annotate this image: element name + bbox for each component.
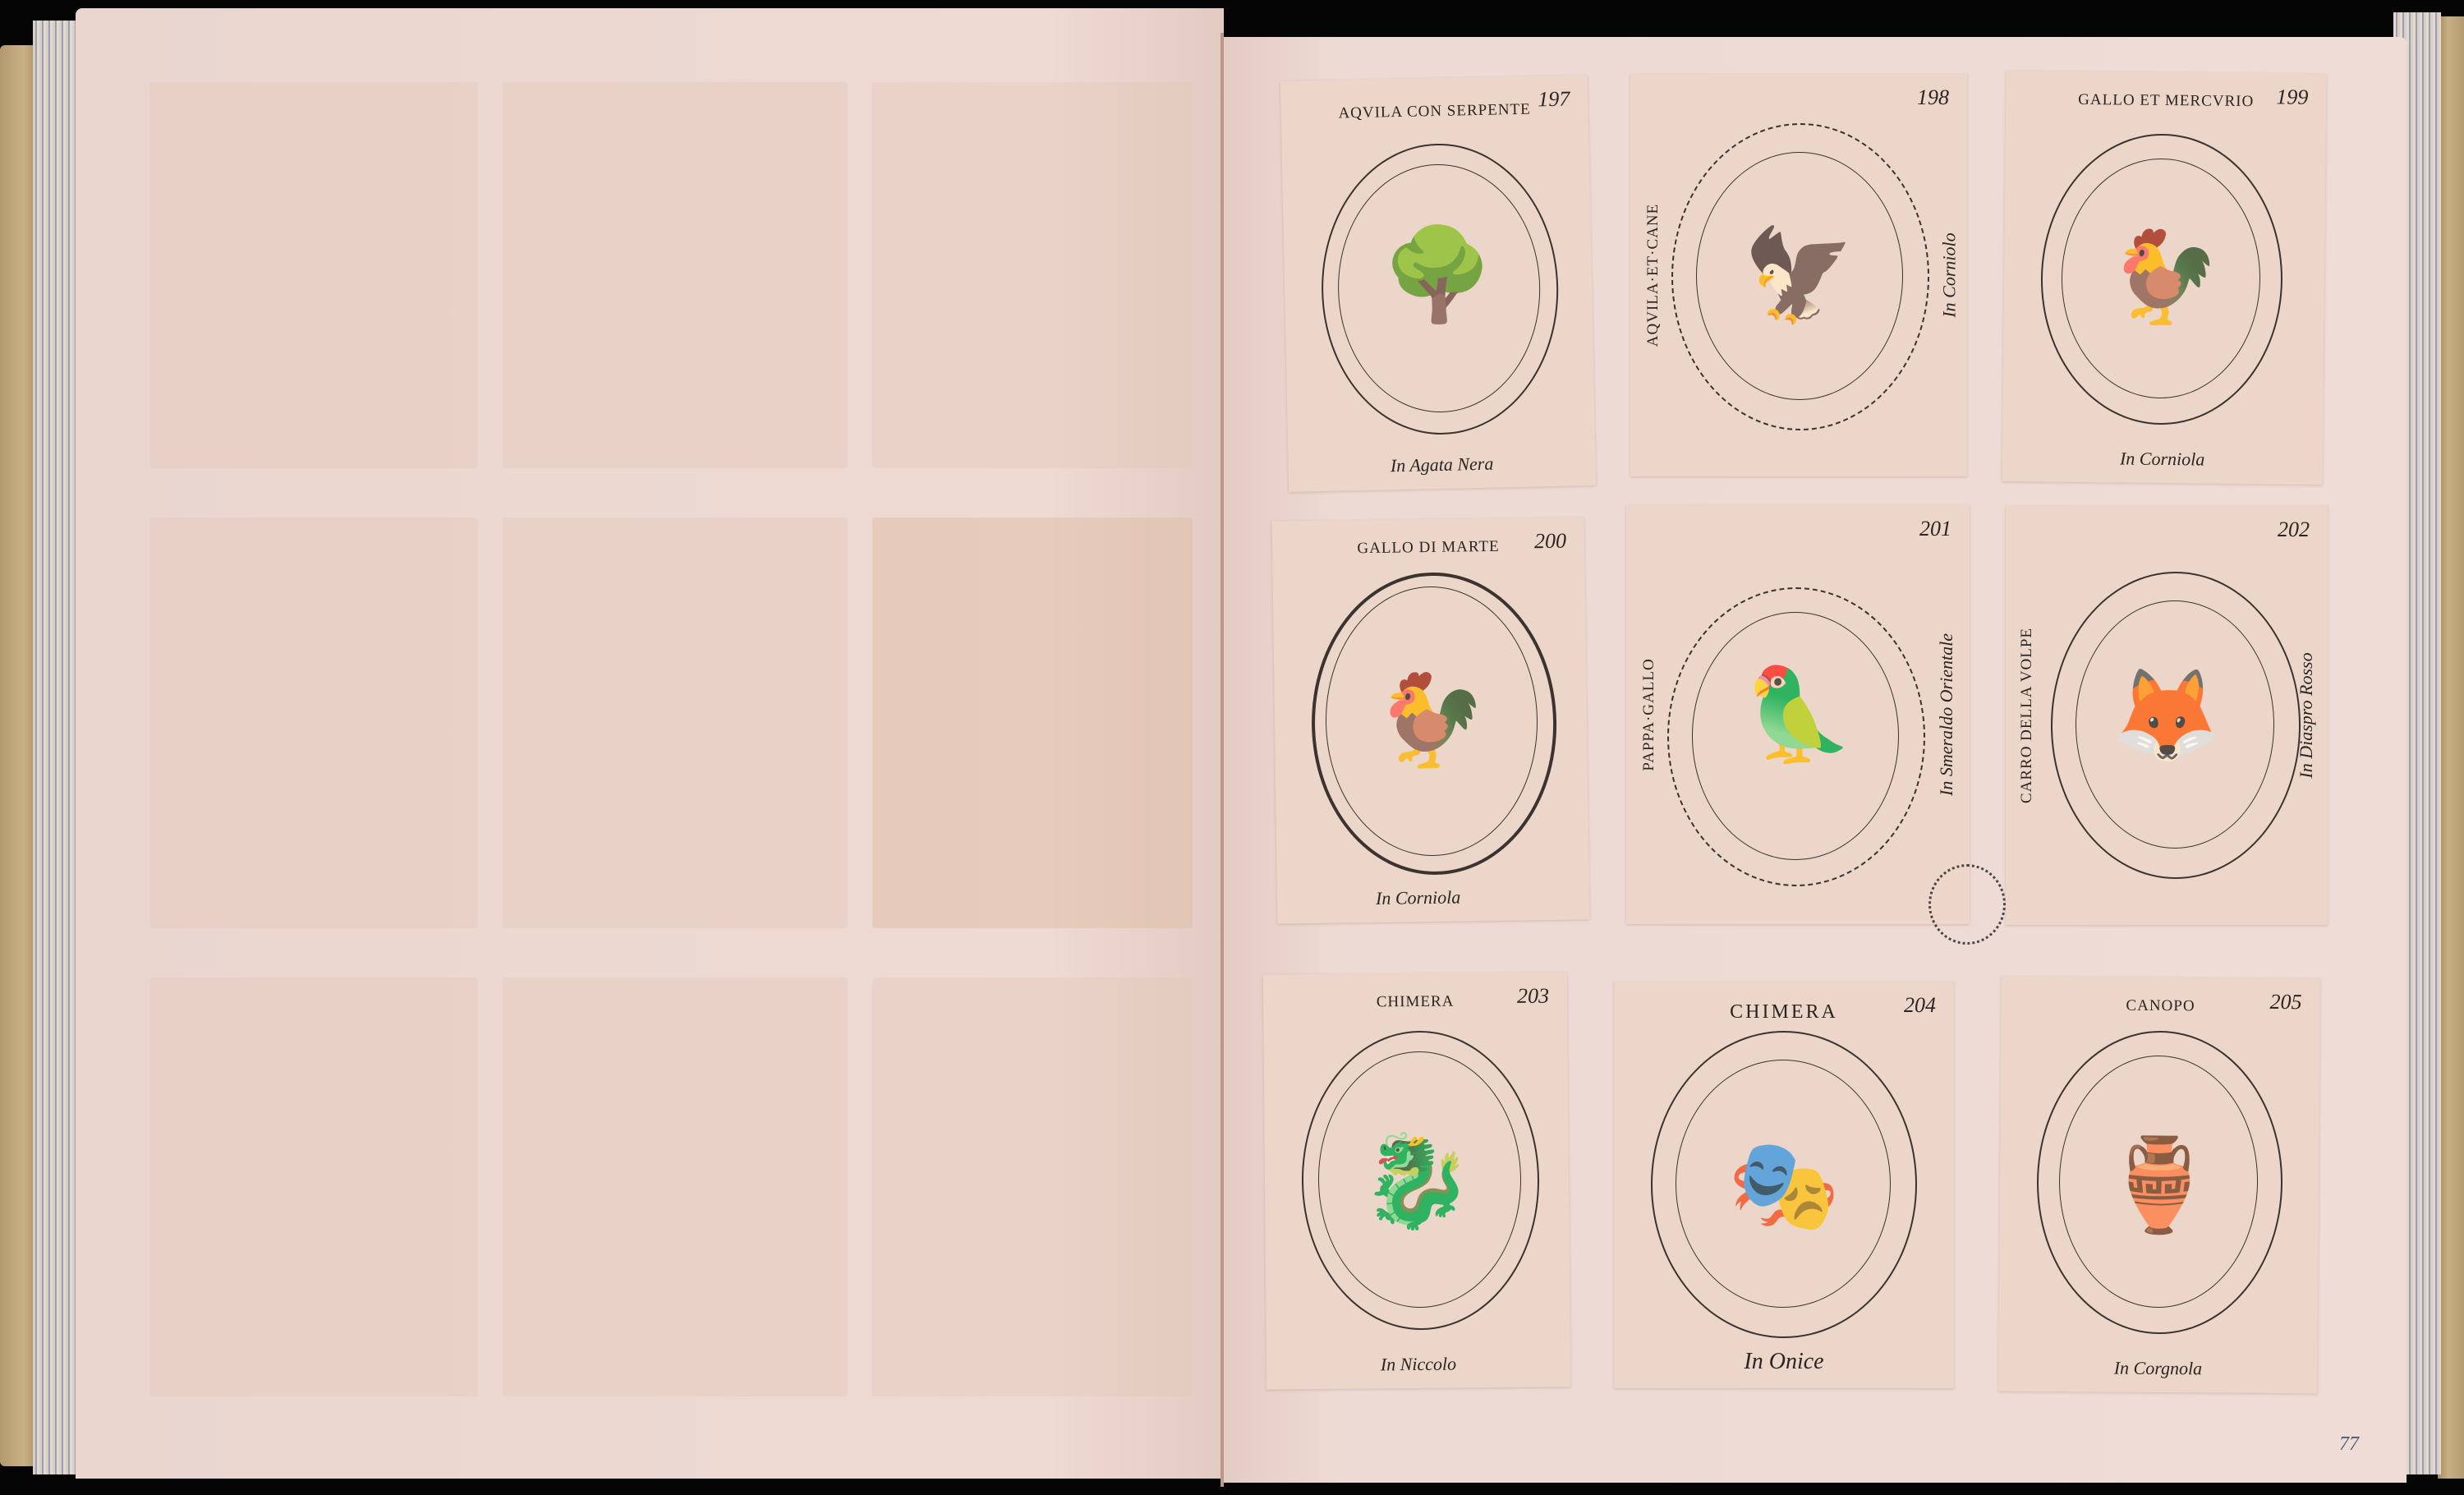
page-edges-left	[33, 21, 82, 1474]
plate-card: 200 GALLO DI MARTE 🐓 In Corniola	[1272, 517, 1590, 923]
show-through-plate	[503, 977, 848, 1396]
eagle-dog-icon: 🦅	[1743, 223, 1855, 329]
rooster-mercury-icon: 🐓	[2108, 224, 2221, 331]
canopus-griffin-icon: 🏺	[2103, 1132, 2216, 1239]
plate-caption: In Corniolo	[1938, 232, 1960, 317]
folio-number: 77	[2339, 1433, 2359, 1456]
plate-number: 198	[1917, 85, 1949, 110]
plate-card: 199 GALLO ET MERCVRIO 🐓 In Corniola	[2002, 71, 2326, 485]
left-page	[76, 8, 1224, 1479]
plate-title: CHIMERA	[1263, 991, 1567, 1012]
plate-caption: In Onice	[1614, 1349, 1954, 1375]
show-through-plate	[503, 517, 848, 928]
plate-title: CARRO DELLA VOLPE	[2018, 628, 2036, 803]
plate-card: 203 CHIMERA 🐉 In Niccolo	[1263, 972, 1570, 1389]
plate-number: 202	[2278, 517, 2310, 542]
plate-title: PAPPA·GALLO	[1640, 658, 1658, 770]
plate-caption: In Agata Nera	[1288, 451, 1595, 479]
show-through-plate	[503, 82, 848, 468]
plate-title: GALLO DI MARTE	[1272, 536, 1584, 559]
plate-title: AQVILA·ET·CANE	[1644, 204, 1662, 347]
show-through-plate	[872, 82, 1193, 468]
plate-title: GALLO ET MERCVRIO	[2006, 90, 2326, 112]
show-through-plate	[149, 82, 478, 468]
show-through-plate	[149, 977, 478, 1396]
fox-chariot-icon: 🦊	[2111, 663, 2223, 769]
show-through-plate	[872, 977, 1193, 1396]
plate-caption: In Niccolo	[1266, 1352, 1570, 1376]
plate-caption: In Corniola	[1277, 885, 1589, 910]
plate-card: 197 AQVILA CON SERPENTE 🌳 In Agata Nera	[1280, 75, 1596, 492]
plate-caption: In Corgnola	[1998, 1357, 2317, 1381]
plate-title: CHIMERA	[1614, 1001, 1954, 1023]
plate-card: 204 CHIMERA 🎭 In Onice	[1614, 982, 1954, 1388]
plate-title: CANOPO	[2001, 996, 2319, 1017]
plate-card: 201 PAPPA·GALLO 🦜 In Smeraldo Orientale	[1626, 505, 1970, 924]
tree-serpent-icon: 🌳	[1381, 221, 1496, 329]
show-through-plate	[872, 517, 1193, 928]
plate-card: 198 AQVILA·ET·CANE 🦅 In Corniolo	[1630, 74, 1967, 476]
plate-caption: In Diaspro Rosso	[2296, 652, 2317, 778]
chimera-icon: 🐉	[1360, 1127, 1473, 1234]
book-cover-right	[2438, 16, 2464, 1479]
library-stamp	[1928, 864, 2006, 945]
plate-card: 205 CANOPO 🏺 In Corgnola	[1998, 977, 2320, 1394]
show-through-plate	[149, 517, 478, 928]
plate-title: AQVILA CON SERPENTE	[1280, 99, 1588, 124]
rooster-globe-icon: 🐓	[1374, 667, 1488, 775]
plate-card: 202 CARRO DELLA VOLPE 🦊 In Diaspro Rosso	[2006, 506, 2328, 925]
plate-caption: In Corniola	[2002, 447, 2323, 471]
parrot-icon: 🦜	[1742, 662, 1855, 768]
plate-number: 201	[1919, 517, 1951, 541]
chimera-mask-icon: 🎭	[1728, 1132, 1841, 1238]
plate-caption: In Smeraldo Orientale	[1936, 633, 1957, 796]
